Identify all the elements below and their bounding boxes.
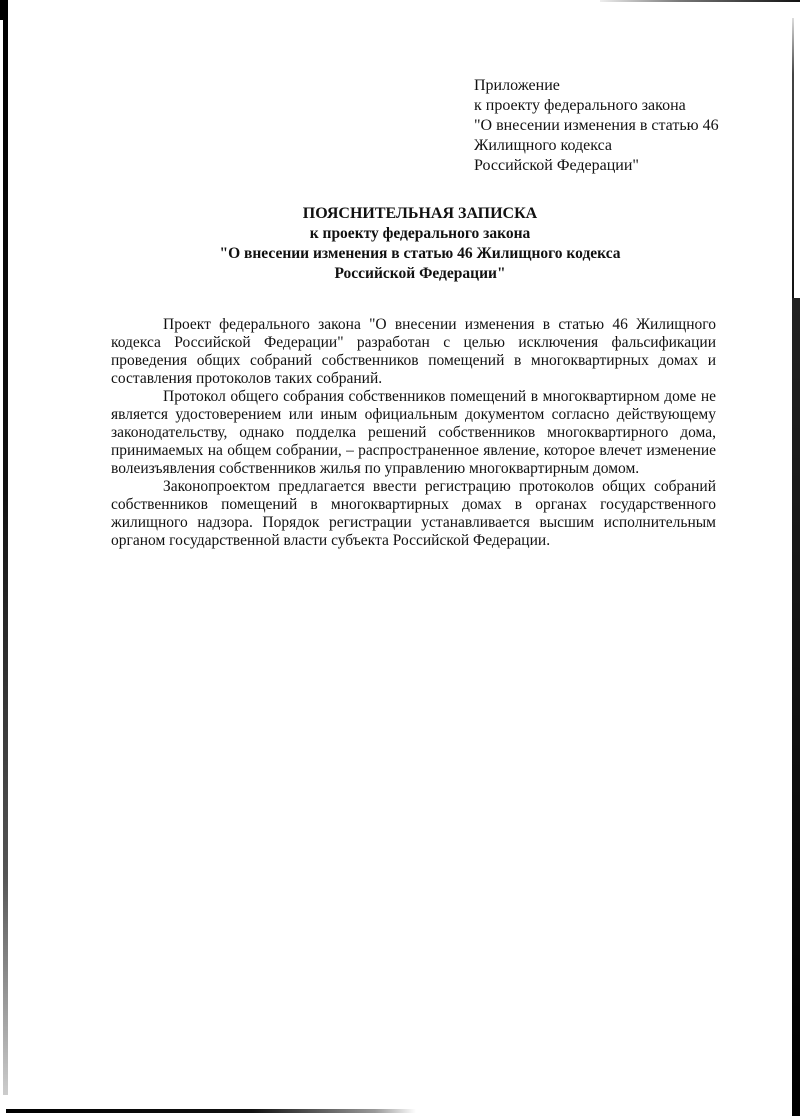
document-title-block: ПОЯСНИТЕЛЬНАЯ ЗАПИСКА к проекту федераль… — [110, 204, 730, 284]
document-subtitle: Российской Федерации" — [110, 264, 730, 284]
scan-artifact-right-edge-lower — [792, 298, 800, 1116]
appendix-line: Российской Федерации" — [474, 156, 719, 176]
scan-artifact-left-edge — [3, 0, 8, 1095]
body-paragraph: Законопроектом предлагается ввести регис… — [111, 478, 716, 550]
appendix-line: к проекту федерального закона — [474, 96, 719, 116]
body-paragraph: Проект федерального закона "О внесении и… — [111, 316, 716, 388]
document-page: Приложение к проекту федерального закона… — [0, 0, 800, 1116]
appendix-line: "О внесении изменения в статью 46 — [474, 116, 719, 136]
appendix-header: Приложение к проекту федерального закона… — [474, 76, 719, 176]
document-title: ПОЯСНИТЕЛЬНАЯ ЗАПИСКА — [110, 204, 730, 224]
document-subtitle: "О внесении изменения в статью 46 Жилищн… — [110, 244, 730, 264]
scan-artifact-bottom-edge — [6, 1109, 416, 1113]
appendix-line: Жилищного кодекса — [474, 136, 719, 156]
document-body: Проект федерального закона "О внесении и… — [111, 316, 716, 550]
appendix-line: Приложение — [474, 76, 719, 96]
scan-artifact-right-top — [600, 0, 800, 2]
scan-artifact-right-edge — [792, 18, 794, 298]
document-subtitle: к проекту федерального закона — [110, 224, 730, 244]
body-paragraph: Протокол общего собрания собственников п… — [111, 388, 716, 478]
